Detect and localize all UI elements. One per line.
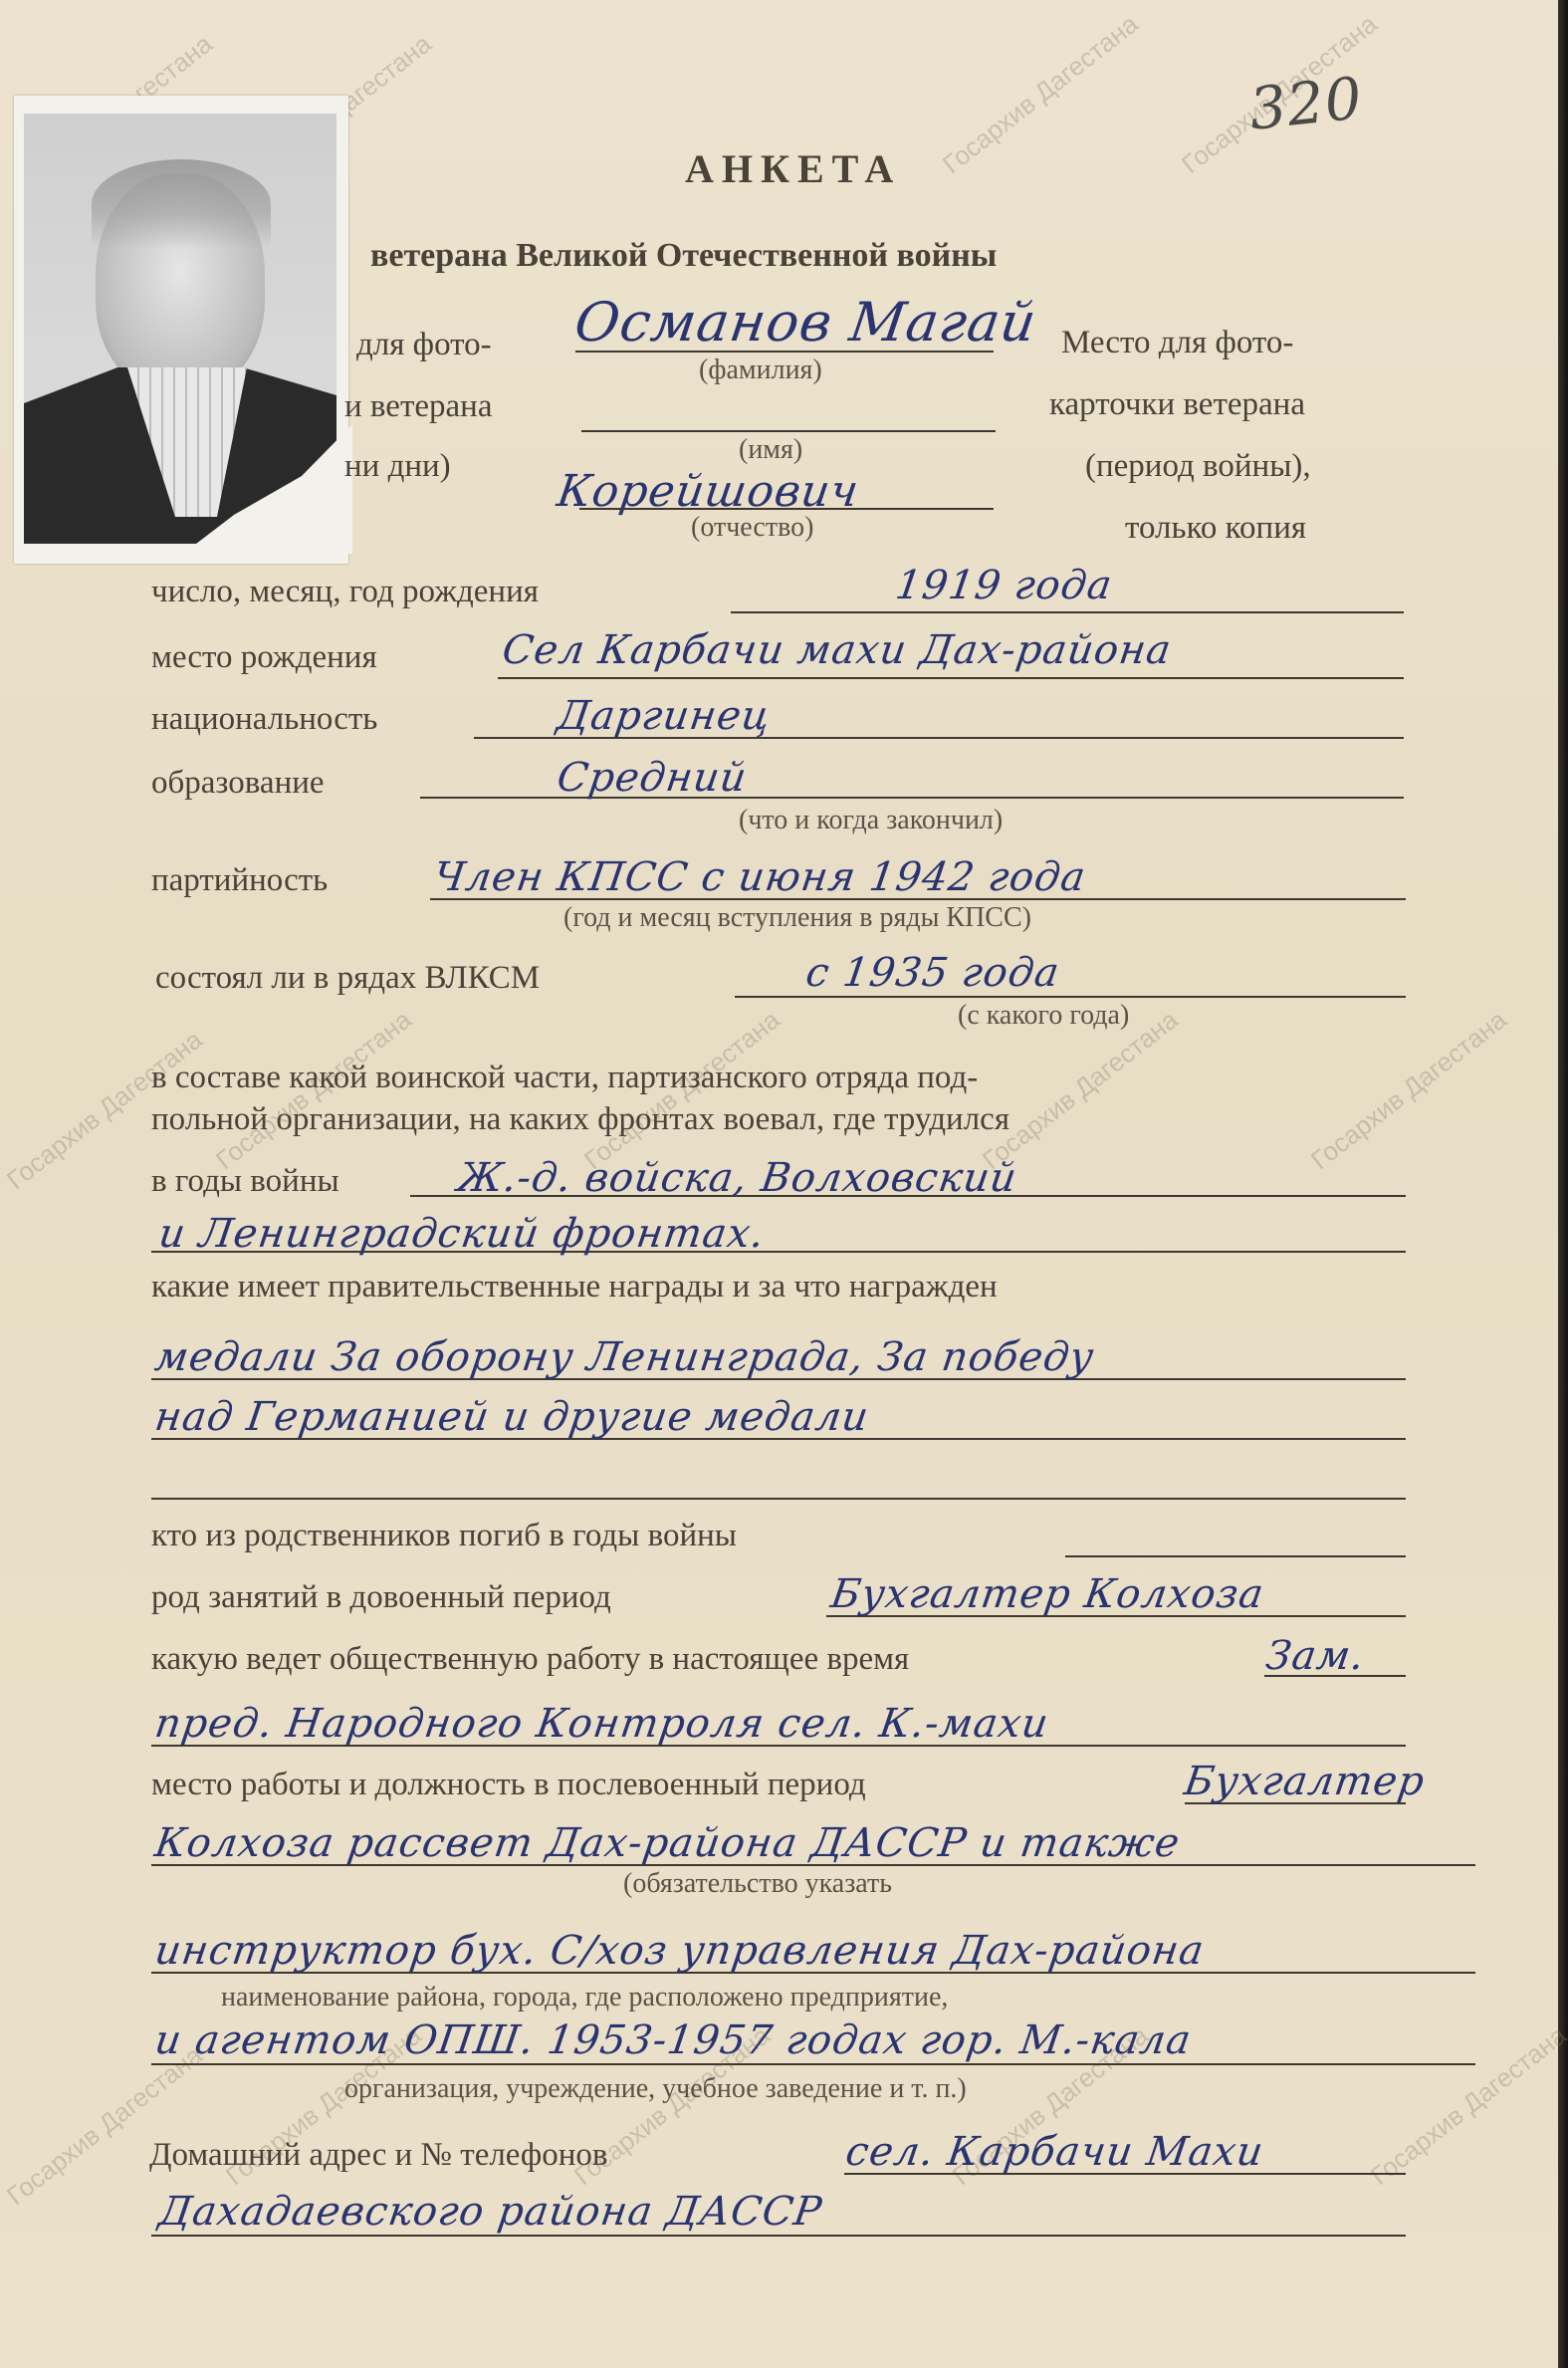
photo-right-caption-3: (период войны), [1085, 448, 1311, 485]
relatives-label: кто из родственников погиб в годы войны [151, 1518, 737, 1554]
postwar-work-label: место работы и должность в послевоенный … [151, 1767, 866, 1803]
postwar-work-hint-3: организация, учреждение, учебное заведен… [344, 2073, 967, 2105]
awards-value-2: над Германией и другие медали [152, 1394, 872, 1440]
postwar-work-hint-2: наименование района, города, где располо… [221, 1982, 948, 2013]
party-label: партийность [151, 862, 328, 899]
archive-number: 320 [1246, 64, 1366, 143]
surname-value: Османов Магай [571, 291, 1041, 354]
photo-left-caption-1: для фото- [356, 327, 492, 363]
war-service-value-1: Ж.-д. войска, Волховский [455, 1155, 1020, 1201]
patronymic-label: (отчество) [691, 512, 813, 544]
awards-value-1: медали За оборону Ленинграда, За победу [152, 1334, 1097, 1380]
patronymic-line [579, 508, 994, 510]
relatives-line [1065, 1555, 1406, 1557]
surname-line [575, 351, 994, 353]
nationality-value: Даргинец [555, 693, 774, 739]
veteran-photo [14, 96, 348, 564]
postwar-work-value-3: инструктор бух. С/хоз управления Дах-рай… [152, 1928, 1208, 1974]
postwar-work-value-2: Колхоза рассвет Дах-района ДАССР и также [152, 1820, 1183, 1866]
postwar-work-value-1: Бухгалтер [1182, 1759, 1428, 1804]
birth-place-label: место рождения [151, 639, 377, 676]
photo-right-caption-1: Место для фото- [1061, 325, 1293, 361]
birth-date-line [731, 611, 1404, 613]
education-hint: (что и когда закончил) [739, 805, 1003, 836]
public-work-label: какую ведет общественную работу в настоя… [151, 1641, 909, 1678]
awards-line-3 [151, 1498, 1406, 1500]
war-service-label-3: в годы войны [151, 1163, 339, 1200]
scan-edge [1558, 0, 1568, 2368]
birth-place-value: Сел Карбачи махи Дах-района [500, 627, 1175, 673]
home-address-value-2: Дахадаевского района ДАССР [156, 2189, 825, 2235]
prewar-occupation-label: род занятий в довоенный период [151, 1579, 611, 1616]
birth-place-line [498, 677, 1404, 679]
photo-right-caption-2: карточки ветерана [1049, 386, 1305, 423]
prewar-occupation-value: Бухгалтер Колхоза [828, 1571, 1267, 1617]
awards-label: какие имеет правительственные награды и … [151, 1269, 998, 1305]
home-address-value-1: сел. Карбачи Махи [843, 2129, 1267, 2175]
war-service-label-2: польной организации, на каких фронтах во… [151, 1101, 1009, 1138]
nationality-label: национальность [151, 701, 377, 738]
postwar-work-hint-1: (обязательство указать [623, 1868, 892, 1900]
page-subtitle: ветерана Великой Отечественной войны [370, 237, 997, 275]
birth-date-label: число, месяц, год рождения [151, 574, 539, 610]
name-line [581, 430, 996, 432]
surname-label: (фамилия) [699, 355, 822, 386]
war-service-label-1: в составе какой воинской части, партизан… [151, 1060, 978, 1096]
page-title: АНКЕТА [685, 145, 901, 192]
party-hint: (год и месяц вступления в ряды КПСС) [563, 902, 1031, 934]
home-address-line-2 [151, 2235, 1406, 2237]
photo-hair [92, 159, 271, 249]
birth-date-value: 1919 года [893, 563, 1115, 608]
education-value: Средний [555, 755, 751, 801]
komsomol-label: состоял ли в рядах ВЛКСМ [155, 960, 540, 997]
postwar-work-value-4: и агентом ОПШ. 1953-1957 годах гор. М.-к… [152, 2017, 1195, 2063]
public-work-value-2: пред. Народного Контроля сел. К.-махи [152, 1701, 1052, 1747]
postwar-work-line-4 [151, 2063, 1475, 2065]
war-service-value-2: и Ленинградский фронтах. [156, 1211, 768, 1257]
party-value: Член КПСС с июня 1942 года [431, 854, 1089, 900]
education-label: образование [151, 765, 325, 802]
komsomol-value: с 1935 года [803, 950, 1063, 996]
name-label: (имя) [739, 434, 802, 466]
home-address-label: Домашний адрес и № телефонов [149, 2137, 608, 2174]
public-work-value-1: Зам. [1263, 1633, 1368, 1679]
photo-left-caption-3: ни дни) [344, 448, 451, 485]
komsomol-line [735, 996, 1406, 998]
photo-left-caption-2: и ветерана [344, 388, 492, 425]
komsomol-hint: (с какого года) [958, 1000, 1129, 1032]
photo-right-caption-4: только копия [1125, 510, 1306, 547]
